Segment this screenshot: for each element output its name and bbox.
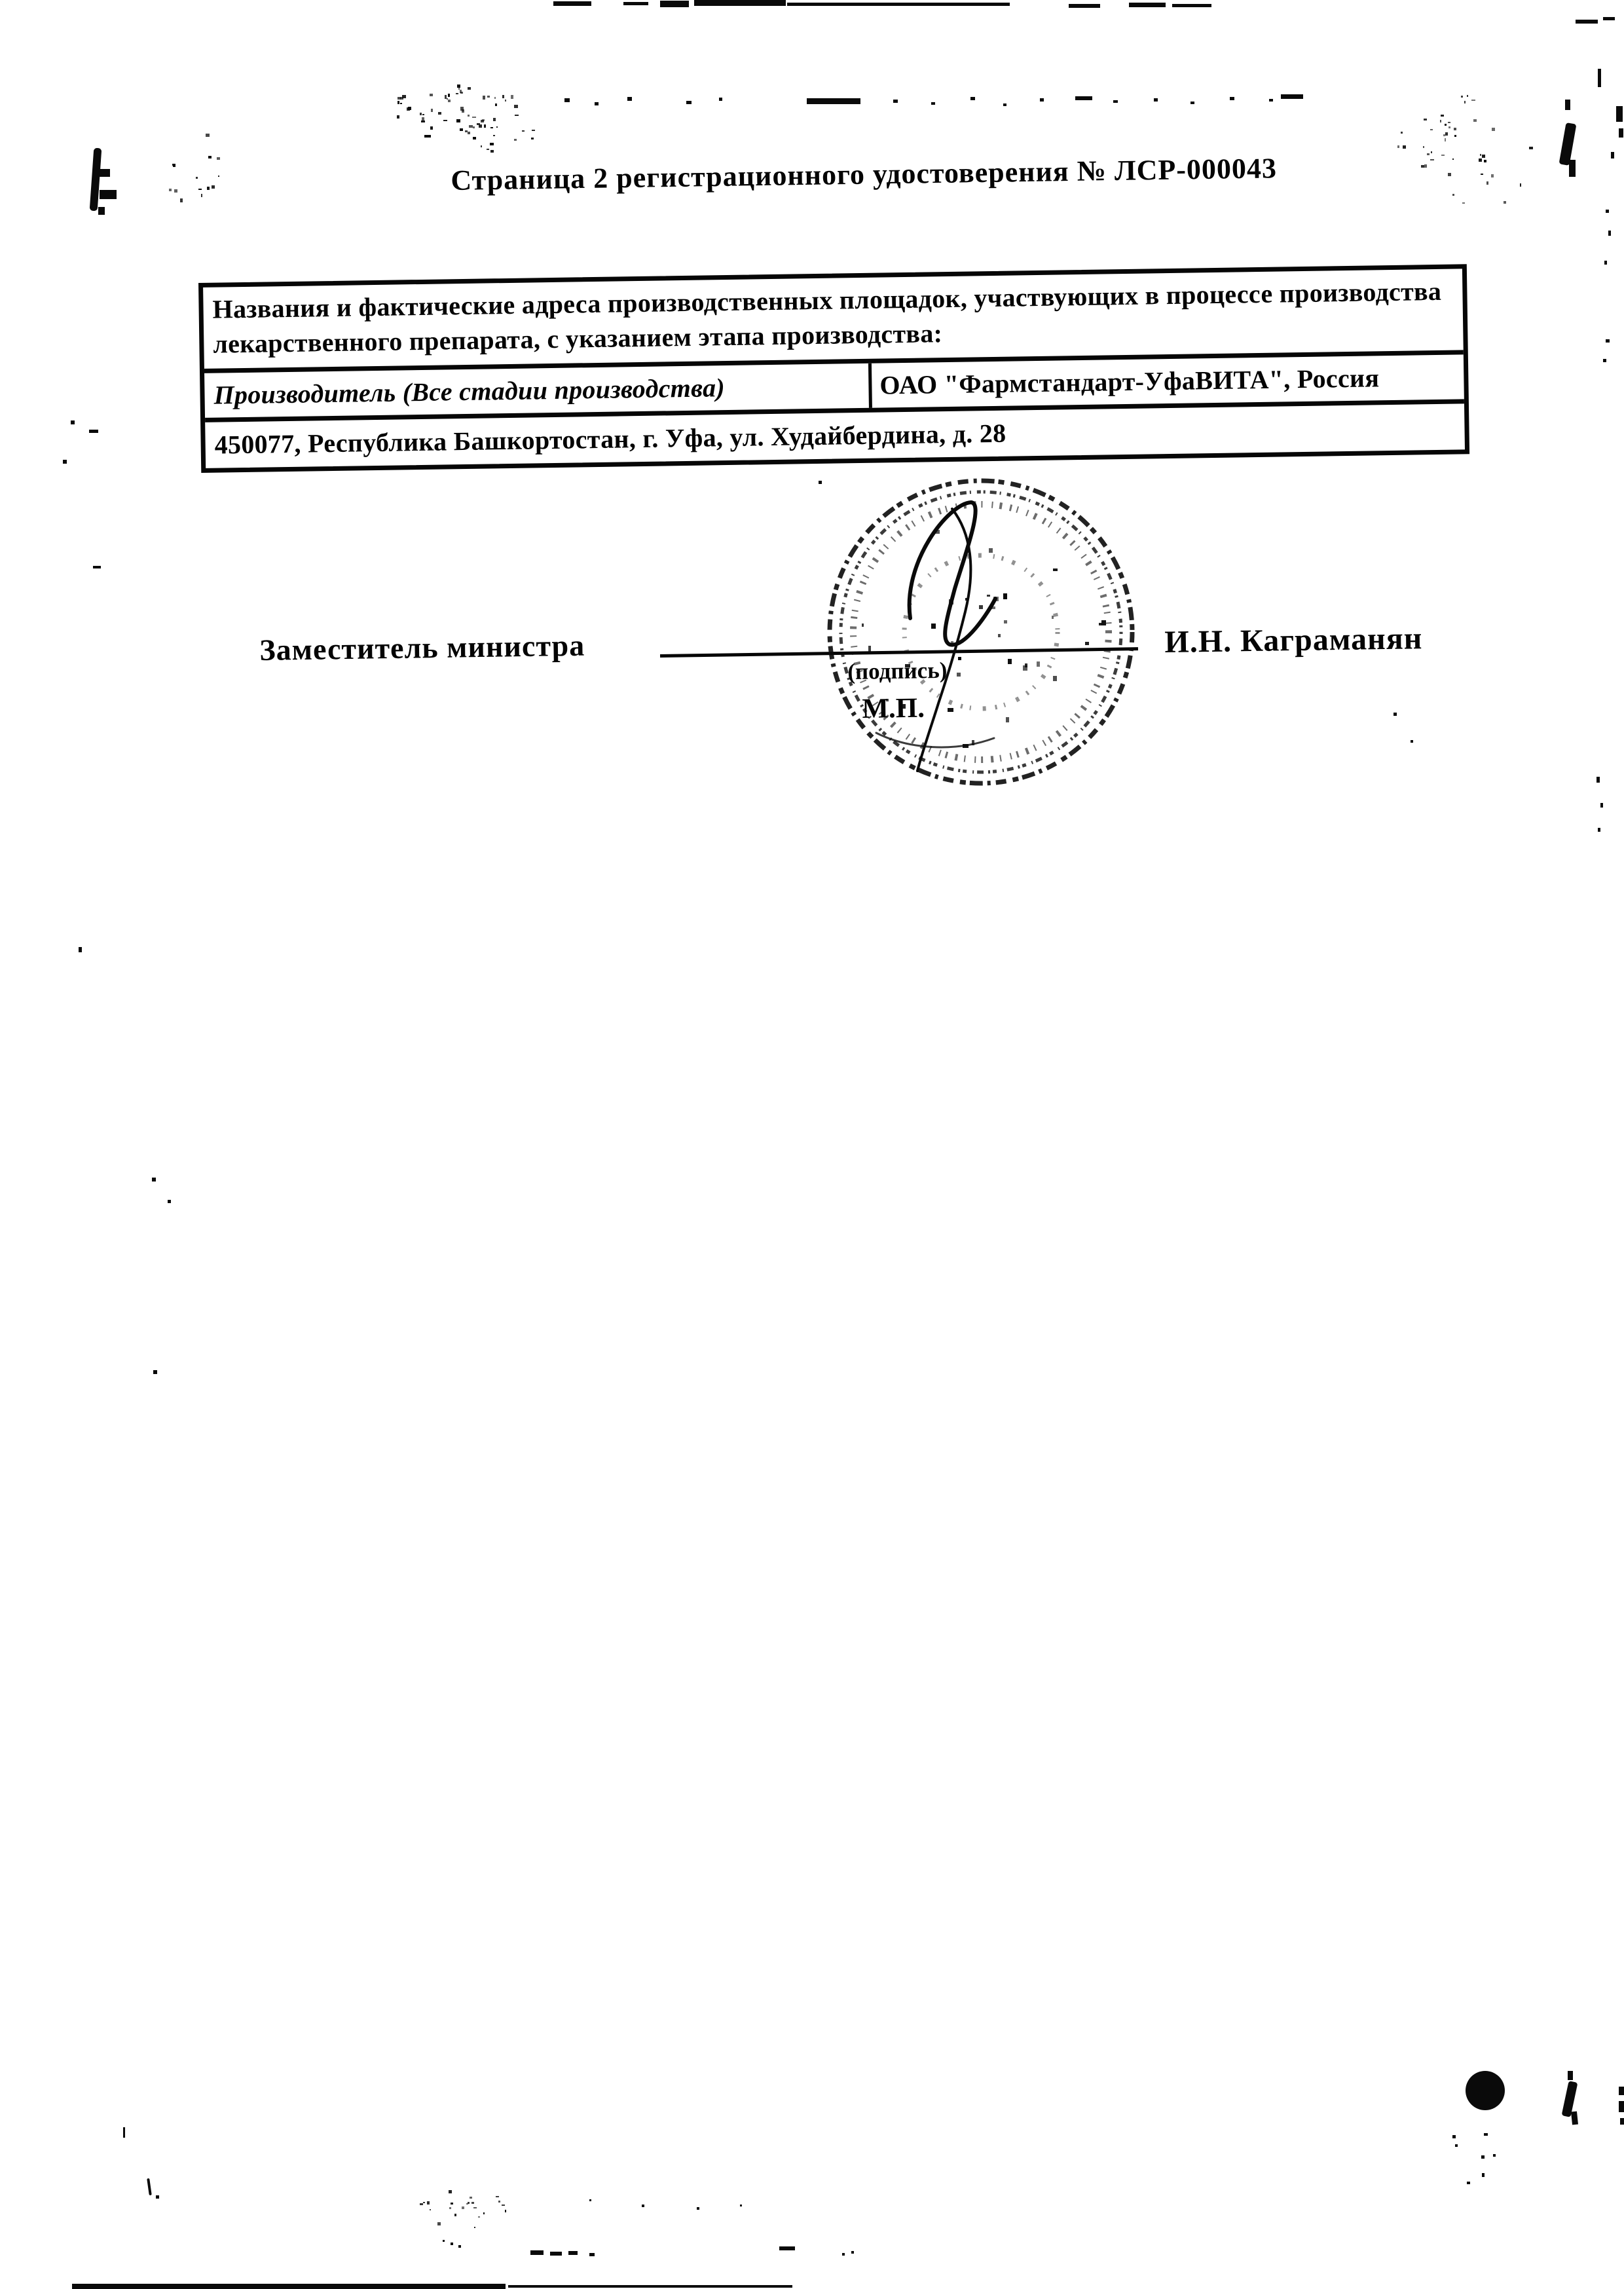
noise-speck <box>397 115 399 119</box>
bottom-right-dot <box>1466 2071 1505 2110</box>
noise-speck <box>1596 777 1600 783</box>
noise-speck <box>842 2253 845 2256</box>
noise-speck <box>473 137 476 140</box>
scan-edge-dash <box>1603 17 1615 20</box>
noise-speck <box>498 2201 500 2203</box>
noise-speck <box>71 420 75 424</box>
noise-speck <box>422 117 424 121</box>
noise-dash <box>1075 96 1092 100</box>
noise-speck <box>1440 120 1441 122</box>
margin-smudge <box>90 148 102 212</box>
noise-speck <box>1486 181 1489 185</box>
noise-speck <box>851 2251 854 2254</box>
noise-speck <box>490 143 494 145</box>
noise-speck <box>1479 158 1482 162</box>
noise-speck <box>502 95 504 98</box>
margin-smudge <box>98 207 105 215</box>
noise-speck <box>477 123 481 125</box>
noise-speck <box>454 2214 456 2216</box>
scan-edge-dash <box>1576 20 1598 24</box>
noise-speck <box>496 2196 499 2197</box>
noise-speck <box>1482 2173 1485 2177</box>
noise-speck <box>478 2216 479 2218</box>
noise-speck <box>458 86 460 90</box>
scan-edge-dash <box>553 1 591 6</box>
noise-speck <box>496 126 498 128</box>
noise-speck <box>445 95 447 99</box>
scanned-certificate-page: { "page": { "title": "Страница 2 регистр… <box>0 0 1624 2289</box>
noise-speck <box>487 149 489 150</box>
margin-smudge <box>1571 2112 1578 2125</box>
noise-speck <box>474 2227 475 2228</box>
noise-dash <box>1040 98 1044 102</box>
noise-speck <box>505 2210 507 2212</box>
noise-speck <box>196 177 198 179</box>
noise-dash <box>1190 102 1194 104</box>
noise-speck <box>1481 2155 1485 2159</box>
signatory-position-label: Заместитель министра <box>259 628 585 667</box>
noise-speck <box>400 97 403 100</box>
noise-speck <box>169 189 172 191</box>
noise-speck <box>430 94 433 96</box>
noise-speck <box>420 2203 422 2205</box>
noise-speck <box>1452 158 1454 160</box>
noise-speck <box>448 94 450 98</box>
edge-tick <box>1616 106 1623 122</box>
noise-speck <box>1604 261 1607 265</box>
noise-speck <box>1452 2135 1456 2138</box>
noise-speck <box>484 124 485 128</box>
noise-speck <box>479 124 481 128</box>
noise-speck <box>1424 119 1427 120</box>
manufacturing-sites-table: Названия и фактические адреса производст… <box>198 264 1469 472</box>
noise-speck <box>438 112 441 114</box>
noise-speck <box>457 84 461 88</box>
noise-speck <box>1452 194 1454 196</box>
noise-speck <box>427 2201 430 2205</box>
noise-speck <box>174 189 178 193</box>
noise-speck <box>1606 339 1610 343</box>
noise-dash <box>807 98 860 104</box>
noise-speck <box>1491 174 1494 177</box>
noise-speck <box>1493 2154 1496 2157</box>
noise-speck <box>168 1200 171 1203</box>
noise-speck <box>1467 95 1468 96</box>
noise-speck <box>1484 2133 1488 2136</box>
noise-speck <box>511 95 513 99</box>
noise-speck <box>1445 132 1449 135</box>
noise-speck <box>1455 2144 1458 2147</box>
noise-speck <box>443 2240 445 2242</box>
noise-speck <box>481 145 482 147</box>
noise-speck <box>490 150 494 152</box>
noise-speck <box>1492 128 1495 130</box>
noise-dash <box>568 2251 578 2255</box>
noise-speck <box>532 130 535 131</box>
noise-dash <box>627 97 632 101</box>
noise-speck <box>1462 202 1465 204</box>
noise-speck <box>437 2222 441 2225</box>
noise-dash <box>424 135 431 138</box>
noise-speck <box>1443 134 1445 136</box>
noise-dash <box>1281 94 1303 99</box>
margin-smudge <box>1559 122 1577 166</box>
noise-speck <box>407 107 411 111</box>
noise-speck <box>430 2209 431 2210</box>
noise-speck <box>1445 138 1446 141</box>
noise-speck <box>1481 174 1483 175</box>
noise-speck <box>468 2202 470 2204</box>
scan-edge-dash <box>623 2 648 5</box>
noise-speck <box>502 2205 504 2206</box>
noise-speck <box>79 947 82 952</box>
noise-dash <box>1113 100 1118 103</box>
noise-speck <box>1473 119 1477 122</box>
noise-speck <box>466 2203 468 2205</box>
noise-dash <box>530 2250 544 2255</box>
noise-dash <box>595 102 599 105</box>
seal-signature-tail <box>876 733 994 747</box>
noise-speck <box>493 118 496 121</box>
noise-speck <box>1600 803 1603 808</box>
margin-smudge <box>98 169 110 177</box>
noise-speck <box>460 90 462 92</box>
noise-speck <box>1504 201 1506 204</box>
noise-speck <box>1448 173 1451 176</box>
noise-speck <box>1464 101 1466 103</box>
noise-speck <box>207 187 210 190</box>
noise-speck <box>470 2197 473 2199</box>
noise-speck <box>514 139 517 141</box>
noise-speck <box>522 130 525 132</box>
noise-speck <box>1448 122 1450 123</box>
noise-dash <box>931 102 935 105</box>
noise-speck <box>153 1370 157 1374</box>
noise-speck <box>1598 828 1600 832</box>
noise-speck <box>515 115 519 116</box>
noise-speck <box>819 481 822 484</box>
noise-dash <box>686 101 692 104</box>
noise-speck <box>449 2190 452 2193</box>
edge-tick <box>1611 152 1614 158</box>
noise-dash <box>779 2246 795 2250</box>
noise-speck <box>465 130 468 132</box>
noise-speck <box>152 1178 156 1182</box>
noise-speck <box>443 120 447 121</box>
noise-speck <box>201 194 202 197</box>
noise-speck <box>1608 231 1611 236</box>
scan-edge-bar <box>72 2284 506 2289</box>
margin-smudge <box>1569 160 1576 177</box>
noise-speck <box>420 113 422 115</box>
noise-speck <box>468 115 470 117</box>
signatory-name: И.Н. Каграманян <box>1164 620 1423 660</box>
noise-speck <box>1520 183 1521 187</box>
noise-speck <box>1441 155 1445 156</box>
noise-speck <box>1454 135 1456 137</box>
noise-speck <box>218 176 219 177</box>
noise-dash <box>1003 103 1006 106</box>
seal-signature-stroke <box>910 502 995 645</box>
noise-speck <box>471 2202 474 2205</box>
noise-speck <box>482 119 485 122</box>
noise-speck <box>469 125 473 127</box>
noise-speck <box>397 101 399 104</box>
noise-dash <box>93 566 101 568</box>
noise-speck <box>1441 115 1444 117</box>
noise-speck <box>1461 96 1463 98</box>
noise-speck <box>487 96 490 98</box>
noise-speck <box>483 2212 485 2214</box>
noise-speck <box>481 120 484 122</box>
noise-speck <box>449 2207 451 2209</box>
noise-speck <box>408 107 411 110</box>
noise-speck <box>448 100 451 102</box>
margin-smudge <box>1562 2081 1578 2117</box>
edge-tick <box>1619 128 1623 138</box>
noise-dash <box>564 98 570 102</box>
noise-speck <box>447 98 448 100</box>
noise-dash <box>893 100 898 103</box>
page-title: Страница 2 регистрационного удостоверени… <box>451 153 1276 196</box>
noise-speck <box>642 2205 644 2207</box>
noise-speck <box>505 100 507 102</box>
noise-speck <box>473 2207 477 2209</box>
edge-tick <box>1619 2087 1624 2095</box>
noise-speck <box>483 96 485 100</box>
noise-dash <box>1154 98 1158 102</box>
noise-speck <box>431 109 433 112</box>
noise-speck <box>1397 145 1399 148</box>
noise-speck <box>472 117 476 118</box>
noise-speck <box>514 105 517 108</box>
noise-speck <box>473 126 475 128</box>
noise-dash <box>970 97 975 100</box>
noise-speck <box>206 134 210 137</box>
stamp-inner-ring <box>904 555 1058 709</box>
stamp-outer-ring <box>830 481 1132 783</box>
noise-speck <box>430 126 433 130</box>
noise-speck <box>1529 147 1533 149</box>
noise-speck <box>402 95 406 98</box>
noise-speck <box>1430 159 1434 160</box>
noise-speck <box>1421 165 1424 168</box>
scan-edge-dash <box>787 3 1010 6</box>
noise-speck <box>462 2206 464 2209</box>
edge-tick <box>1620 2118 1624 2125</box>
noise-speck <box>493 135 495 137</box>
noise-speck <box>1454 128 1457 130</box>
scan-edge-dash <box>1069 4 1100 8</box>
noise-speck <box>180 198 183 202</box>
noise-dash <box>1269 99 1273 102</box>
noise-speck <box>1606 210 1609 213</box>
noise-speck <box>490 127 493 128</box>
noise-speck <box>198 189 202 191</box>
producer-role-cell: Производитель (Все стадии производства) <box>204 363 872 417</box>
noise-speck <box>1484 160 1486 162</box>
margin-smudge <box>1568 2071 1573 2080</box>
noise-speck <box>468 87 471 90</box>
noise-speck <box>423 2202 425 2203</box>
noise-dash <box>89 430 98 433</box>
edge-tick <box>123 2127 125 2138</box>
margin-smudge <box>100 190 117 199</box>
noise-speck <box>740 2205 742 2206</box>
noise-speck <box>589 2199 591 2201</box>
noise-speck <box>460 92 463 94</box>
noise-speck <box>1427 153 1430 155</box>
noise-speck <box>217 157 219 160</box>
stamp-ring-2 <box>841 492 1121 772</box>
noise-speck <box>451 2203 453 2205</box>
noise-speck <box>208 156 212 158</box>
noise-speck <box>1449 126 1450 129</box>
noise-speck <box>63 460 67 464</box>
noise-speck <box>400 103 402 104</box>
noise-speck <box>462 109 464 113</box>
noise-dash <box>589 2253 595 2256</box>
round-stamp-seal <box>824 477 1138 787</box>
noise-speck <box>397 97 400 100</box>
noise-speck <box>1403 145 1406 149</box>
noise-speck <box>1424 164 1427 167</box>
noise-speck <box>1482 155 1486 157</box>
scan-edge-bar <box>508 2285 792 2288</box>
noise-speck <box>1480 154 1481 156</box>
noise-speck <box>1445 124 1447 126</box>
noise-speck <box>456 93 458 95</box>
noise-dash <box>719 98 722 101</box>
stamp-ring-text <box>853 504 1109 760</box>
noise-speck <box>156 2195 159 2199</box>
noise-speck <box>494 97 496 99</box>
noise-speck <box>173 164 175 167</box>
noise-speck <box>451 2242 453 2245</box>
noise-speck <box>1467 2182 1470 2184</box>
noise-speck <box>456 119 460 122</box>
producer-name-cell: ОАО "Фармстандарт-УфаВИТА", Россия <box>872 354 1464 407</box>
noise-speck <box>1431 151 1433 153</box>
noise-speck <box>531 138 534 140</box>
noise-speck <box>212 185 215 188</box>
noise-speck <box>1401 132 1402 134</box>
noise-speck <box>1471 100 1475 101</box>
noise-speck <box>460 128 463 131</box>
scan-edge-dash <box>1172 4 1211 7</box>
margin-smudge <box>147 2178 152 2195</box>
scan-edge-dash <box>694 0 786 6</box>
noise-speck <box>458 2245 461 2248</box>
noise-speck <box>697 2207 699 2210</box>
margin-smudge <box>1565 100 1570 110</box>
edge-tick <box>1598 69 1601 87</box>
edge-tick <box>1619 2101 1624 2112</box>
noise-dash <box>550 2252 562 2256</box>
noise-speck <box>1603 359 1606 362</box>
scan-edge-dash <box>660 1 689 7</box>
noise-speck <box>172 164 175 165</box>
noise-speck <box>1423 146 1425 148</box>
noise-speck <box>422 114 425 115</box>
noise-dash <box>1230 97 1234 100</box>
noise-speck <box>495 103 497 107</box>
noise-speck <box>421 121 425 122</box>
noise-speck <box>1411 740 1413 743</box>
noise-speck <box>468 132 470 134</box>
noise-speck <box>1393 713 1397 716</box>
noise-speck <box>460 107 464 111</box>
noise-speck <box>1430 129 1433 130</box>
scan-edge-dash <box>1129 3 1166 7</box>
